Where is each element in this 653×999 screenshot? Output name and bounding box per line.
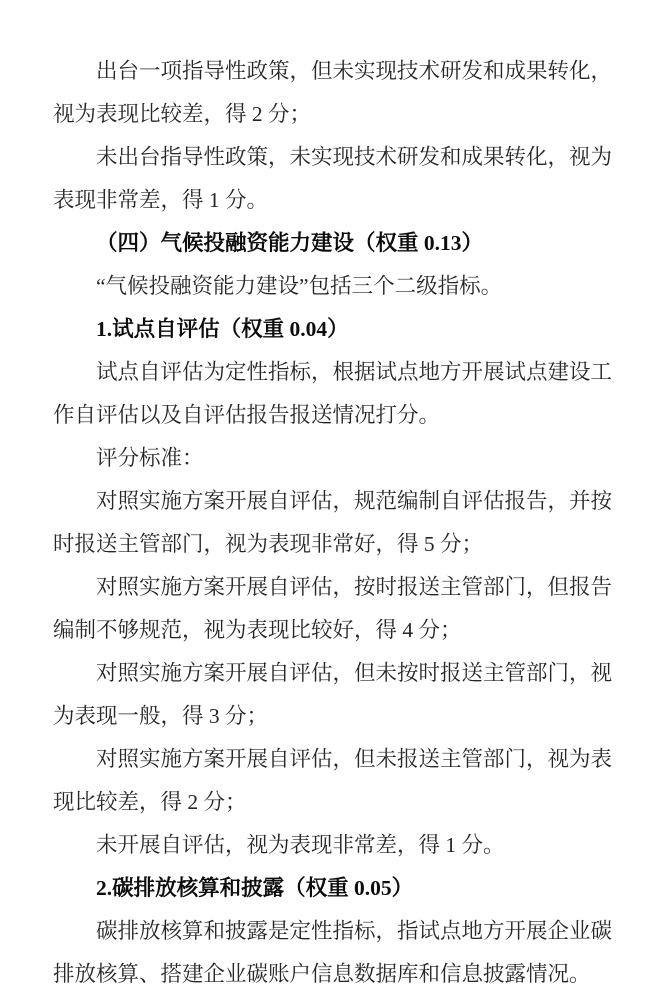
paragraph-score-1: 未出台指导性政策，未实现技术研发和成果转化，视为表现非常差，得 1 分。 [53, 136, 612, 222]
paragraph-criterion-5: 对照实施方案开展自评估，规范编制自评估报告，并按时报送主管部门，视为表现非常好，… [53, 480, 612, 566]
paragraph-criterion-1: 未开展自评估，视为表现非常差，得 1 分。 [53, 824, 612, 867]
paragraph-score-2: 出台一项指导性政策，但未实现技术研发和成果转化，视为表现比较差，得 2 分； [53, 50, 612, 136]
paragraph-criterion-4: 对照实施方案开展自评估，按时报送主管部门，但报告编制不够规范，视为表现比较好，得… [53, 566, 612, 652]
paragraph-criterion-2: 对照实施方案开展自评估，但未报送主管部门，视为表现比较差，得 2 分； [53, 738, 612, 824]
subsection-heading-1: 1.试点自评估（权重 0.04） [53, 308, 612, 351]
paragraph-section-intro: “气候投融资能力建设”包括三个二级指标。 [53, 265, 612, 308]
paragraph-criterion-3: 对照实施方案开展自评估，但未按时报送主管部门，视为表现一般，得 3 分； [53, 652, 612, 738]
paragraph-indicator-def: 试点自评估为定性指标，根据试点地方开展试点建设工作自评估以及自评估报告报送情况打… [53, 351, 612, 437]
document-page: 出台一项指导性政策，但未实现技术研发和成果转化，视为表现比较差，得 2 分； 未… [0, 0, 653, 999]
subsection-heading-2: 2.碳排放核算和披露（权重 0.05） [53, 867, 612, 910]
paragraph-criteria-label: 评分标准： [53, 437, 612, 480]
section-heading-4: （四）气候投融资能力建设（权重 0.13） [53, 222, 612, 265]
paragraph-indicator-def-2: 碳排放核算和披露是定性指标，指试点地方开展企业碳排放核算、搭建企业碳账户信息数据… [53, 910, 612, 996]
